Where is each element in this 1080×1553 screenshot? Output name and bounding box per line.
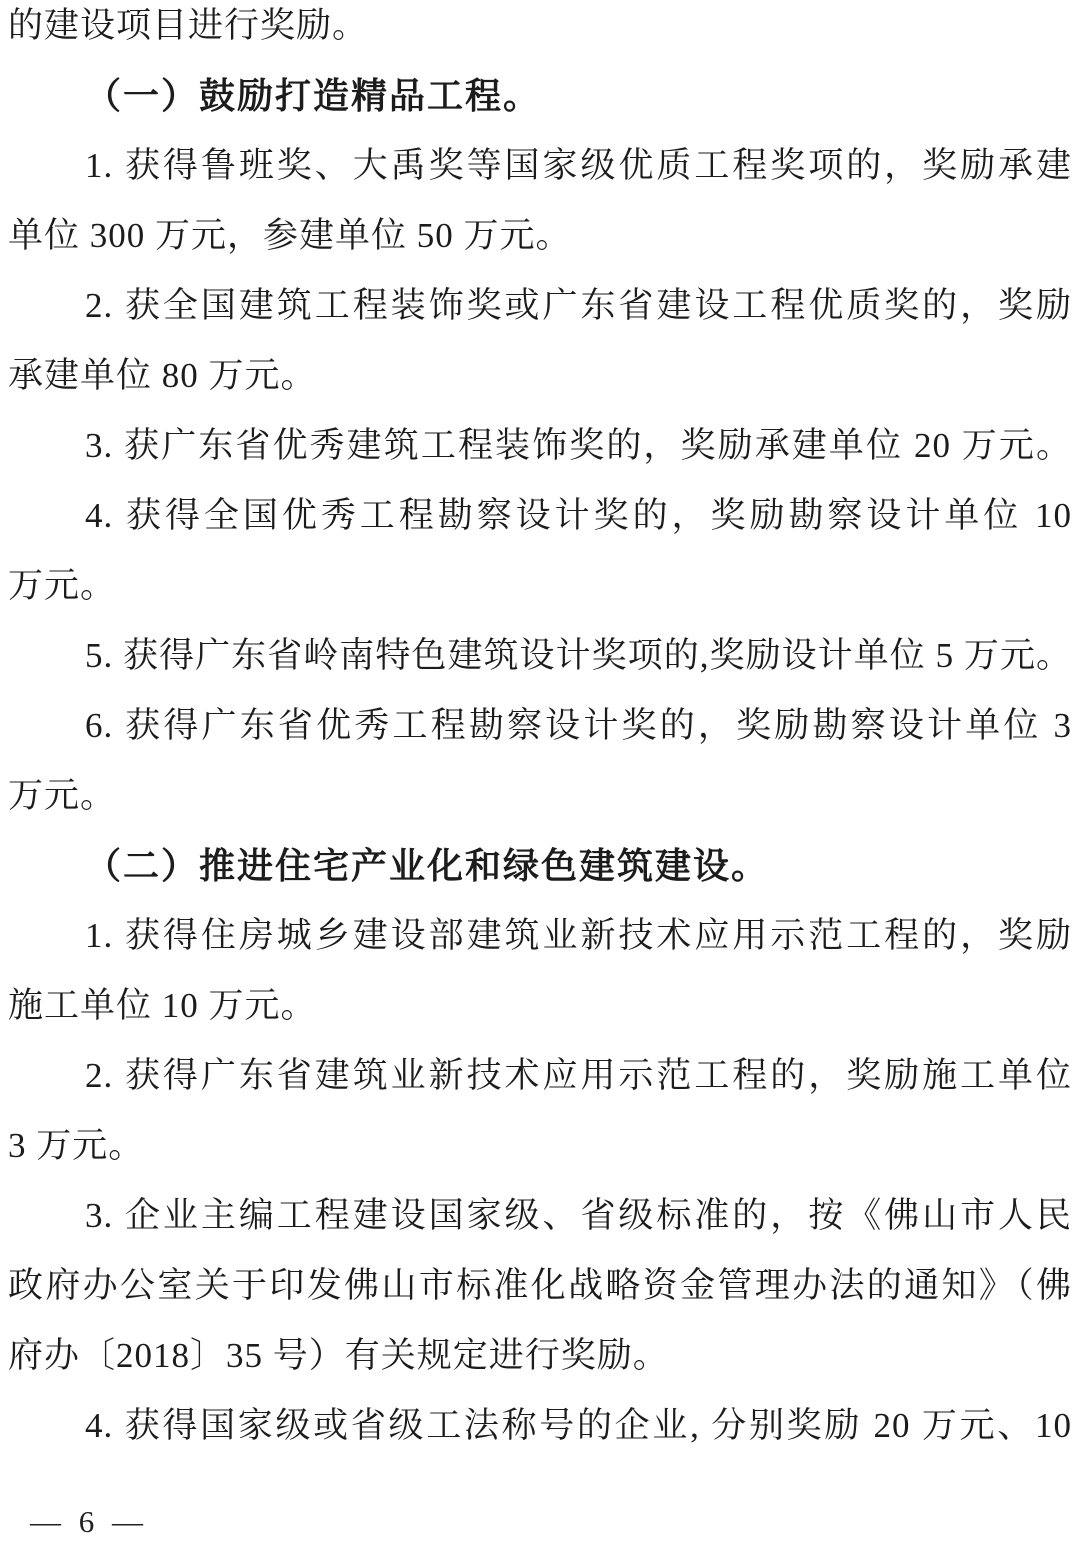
text-line: 施工单位 10 万元。	[8, 971, 1072, 1041]
list-item: 1. 获得鲁班奖、大禹奖等国家级优质工程奖项的，奖励承建	[8, 131, 1072, 201]
list-item: 2. 获全国建筑工程装饰奖或广东省建设工程优质奖的，奖励	[8, 271, 1072, 341]
section-heading: （一）鼓励打造精品工程。	[8, 61, 1072, 131]
document-body: 的建设项目进行奖励。 （一）鼓励打造精品工程。 1. 获得鲁班奖、大禹奖等国家级…	[8, 0, 1072, 1461]
text-line: 3 万元。	[8, 1111, 1072, 1181]
text-line: 单位 300 万元，参建单位 50 万元。	[8, 201, 1072, 271]
text-line: 万元。	[8, 761, 1072, 831]
text-line: 府办〔2018〕35 号）有关规定进行奖励。	[8, 1321, 1072, 1391]
text-line: 承建单位 80 万元。	[8, 341, 1072, 411]
list-item: 5. 获得广东省岭南特色建筑设计奖项的,奖励设计单位 5 万元。	[8, 621, 1072, 691]
section-heading: （二）推进住宅产业化和绿色建筑建设。	[8, 831, 1072, 901]
text-line: 政府办公室关于印发佛山市标准化战略资金管理办法的通知》（佛	[8, 1251, 1072, 1321]
list-item: 6. 获得广东省优秀工程勘察设计奖的，奖励勘察设计单位 3	[8, 691, 1072, 761]
list-item: 3. 获广东省优秀建筑工程装饰奖的，奖励承建单位 20 万元。	[8, 411, 1072, 481]
document-page: 的建设项目进行奖励。 （一）鼓励打造精品工程。 1. 获得鲁班奖、大禹奖等国家级…	[0, 0, 1080, 1553]
list-item: 4. 获得国家级或省级工法称号的企业, 分别奖励 20 万元、10	[8, 1391, 1072, 1461]
text-line: 万元。	[8, 551, 1072, 621]
list-item: 4. 获得全国优秀工程勘察设计奖的，奖励勘察设计单位 10	[8, 481, 1072, 551]
page-number: — 6 —	[8, 1487, 1072, 1553]
text-line: 的建设项目进行奖励。	[8, 0, 1072, 61]
list-item: 3. 企业主编工程建设国家级、省级标准的，按《佛山市人民	[8, 1181, 1072, 1251]
list-item: 2. 获得广东省建筑业新技术应用示范工程的，奖励施工单位	[8, 1041, 1072, 1111]
list-item: 1. 获得住房城乡建设部建筑业新技术应用示范工程的，奖励	[8, 901, 1072, 971]
